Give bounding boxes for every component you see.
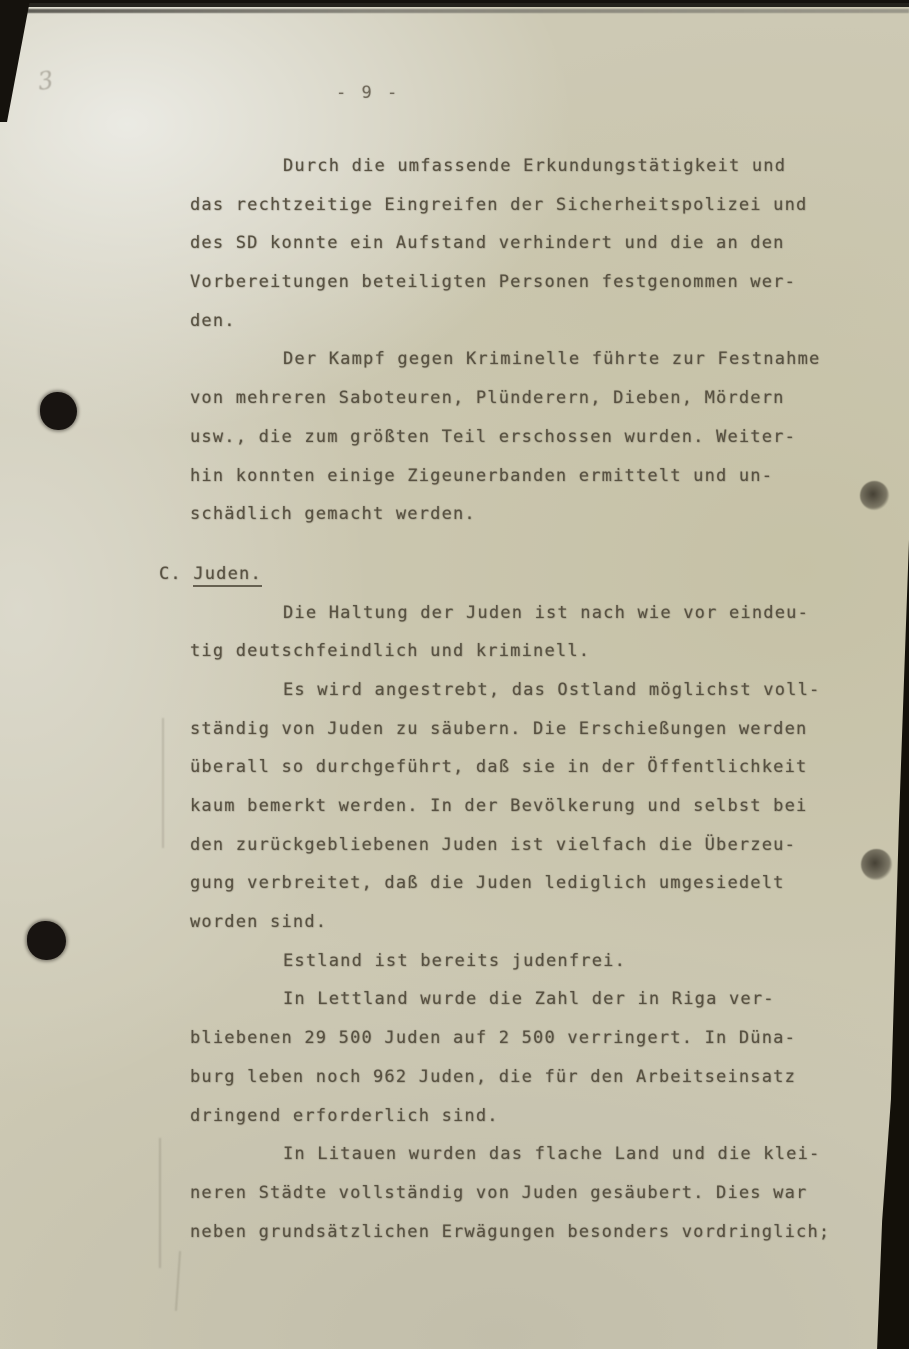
paper-fold-line: [0, 9, 909, 13]
paragraph-5: Estland ist bereits judenfrei.: [190, 942, 850, 981]
text-line: schädlich gemacht werden.: [190, 495, 850, 534]
pencil-margin-note: 3: [36, 66, 55, 96]
scan-top-edge: [0, 3, 909, 7]
text-line: In Lettland wurde die Zahl der in Riga v…: [190, 980, 850, 1019]
text-line: ständig von Juden zu säubern. Die Erschi…: [190, 710, 850, 749]
hole-punch: [27, 921, 66, 960]
hole-punch: [40, 392, 77, 430]
text-line: den zurückgebliebenen Juden ist vielfach…: [190, 826, 850, 865]
text-line: neren Städte vollständig von Juden gesäu…: [190, 1174, 850, 1213]
text-line: Es wird angestrebt, das Ostland möglichs…: [190, 671, 850, 710]
text-line: Vorbereitungen beteiligten Personen fest…: [190, 263, 850, 302]
section-heading-title: Juden.: [193, 564, 262, 587]
text-line: burg leben noch 962 Juden, die für den A…: [190, 1058, 850, 1097]
text-line: kaum bemerkt werden. In der Bevölkerung …: [190, 787, 850, 826]
text-line: Die Haltung der Juden ist nach wie vor e…: [190, 594, 850, 633]
paragraph-4: Es wird angestrebt, das Ostland möglichs…: [190, 671, 850, 942]
text-line: In Litauen wurden das flache Land und di…: [190, 1135, 850, 1174]
ink-spot: [861, 849, 892, 880]
ink-spot: [860, 481, 889, 510]
paragraph-1: Der Kampf gegen Kriminelle führte zur Fe…: [190, 340, 850, 533]
paragraph-0: Durch die umfassende Erkundungstätigkeit…: [190, 147, 850, 340]
section-heading: C. Juden.: [159, 555, 850, 594]
text-line: Durch die umfassende Erkundungstätigkeit…: [190, 147, 850, 186]
text-line: des SD konnte ein Aufstand verhindert un…: [190, 224, 850, 263]
text-line: von mehreren Saboteuren, Plünderern, Die…: [190, 379, 850, 418]
text-line: neben grundsätzlichen Erwägungen besonde…: [190, 1213, 850, 1252]
text-line: tig deutschfeindlich und kriminell.: [190, 632, 850, 671]
text-block: Durch die umfassende Erkundungstätigkeit…: [190, 147, 850, 1251]
paper-crease: [175, 1251, 181, 1311]
text-line: Der Kampf gegen Kriminelle führte zur Fe…: [190, 340, 850, 379]
paragraph-3: Die Haltung der Juden ist nach wie vor e…: [190, 594, 850, 671]
text-line: hin konnten einige Zigeunerbanden ermitt…: [190, 457, 850, 496]
text-line: bliebenen 29 500 Juden auf 2 500 verring…: [190, 1019, 850, 1058]
text-line: usw., die zum größten Teil erschossen wu…: [190, 418, 850, 457]
text-line: worden sind.: [190, 903, 850, 942]
page-number: - 9 -: [336, 83, 400, 103]
paragraph-6: In Lettland wurde die Zahl der in Riga v…: [190, 980, 850, 1135]
text-line: das rechtzeitige Eingreifen der Sicherhe…: [190, 186, 850, 225]
paper-sheet: 3 - 9 - Durch die umfassende Erkundungst…: [0, 3, 909, 1349]
text-line: Estland ist bereits judenfrei.: [190, 942, 850, 981]
text-line: gung verbreitet, daß die Juden lediglich…: [190, 864, 850, 903]
document-scan: 3 - 9 - Durch die umfassende Erkundungst…: [0, 0, 909, 1349]
paper-crease: [162, 718, 164, 848]
paper-crease: [159, 1138, 161, 1268]
text-line: überall so durchgeführt, daß sie in der …: [190, 748, 850, 787]
section-heading-prefix: C.: [159, 564, 182, 584]
text-line: dringend erforderlich sind.: [190, 1097, 850, 1136]
text-line: den.: [190, 302, 850, 341]
paragraph-7: In Litauen wurden das flache Land und di…: [190, 1135, 850, 1251]
